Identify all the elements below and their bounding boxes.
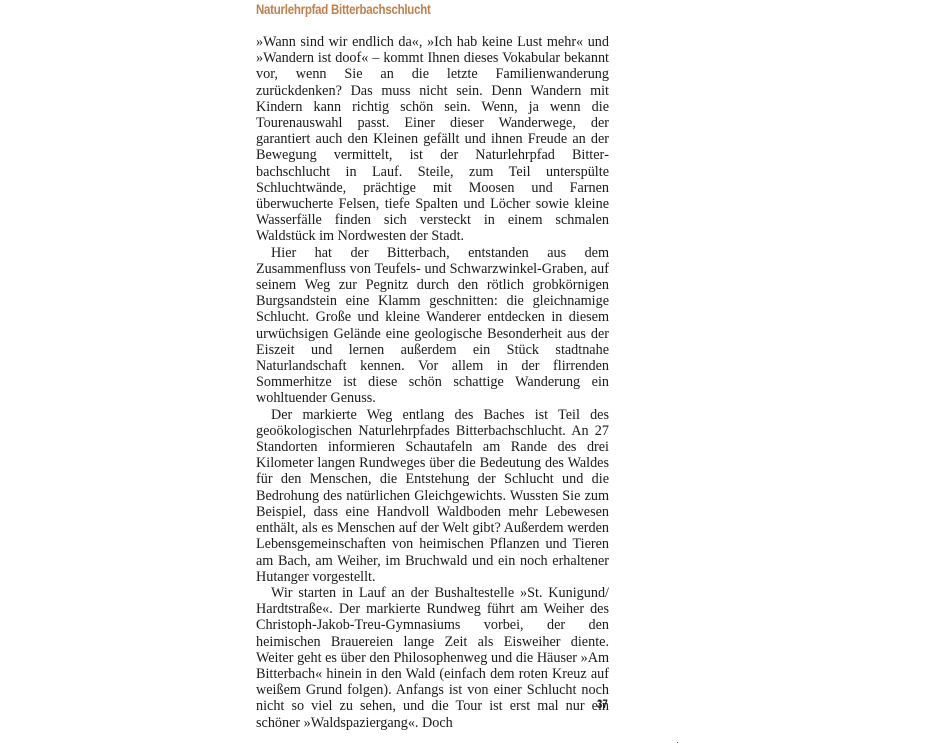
running-head: Naturlehrpfad Bitterbachschlucht (256, 0, 431, 18)
scan-artifact (677, 742, 678, 743)
page-number: 37 (597, 697, 608, 711)
paragraph-3: Der markierte Weg entlang des Baches ist… (256, 407, 609, 585)
book-page: Naturlehrpfad Bitterbachschlucht »Wann s… (0, 0, 932, 745)
paragraph-2: Hier hat der Bitterbach, entstanden aus … (256, 245, 609, 407)
paragraph-1: »Wann sind wir endlich da«, »Ich hab kei… (256, 34, 609, 245)
paragraph-4: Wir starten in Lauf an der Bushaltestell… (256, 585, 609, 731)
body-text: »Wann sind wir endlich da«, »Ich hab kei… (256, 34, 609, 731)
